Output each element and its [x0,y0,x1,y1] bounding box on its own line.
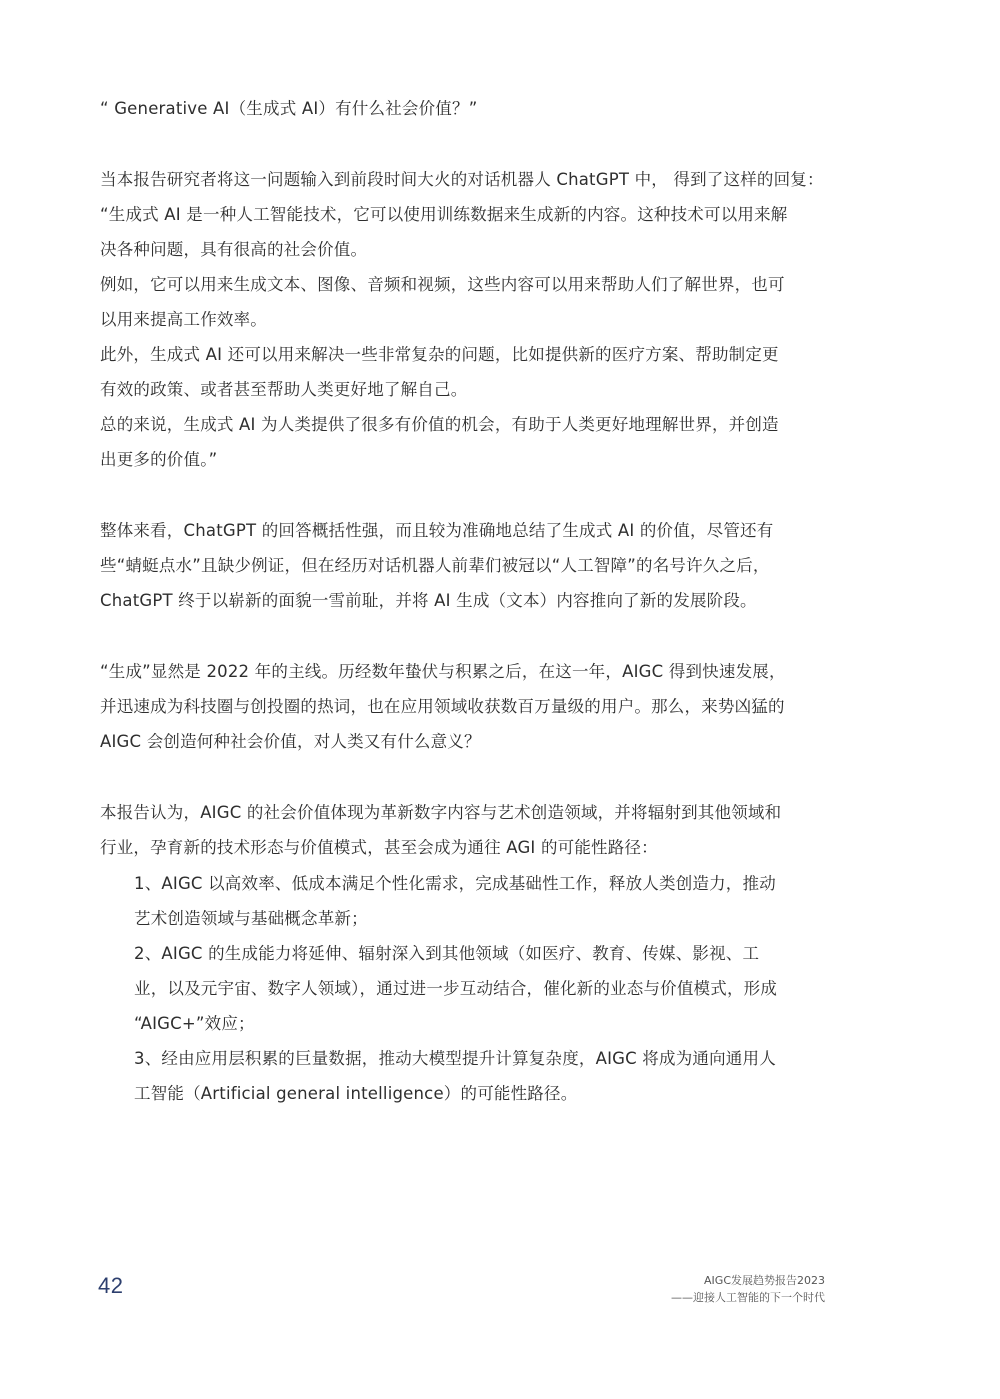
paragraph-line: “生成”显然是 2022 年的主线。历经数年蛰伏与积累之后，在这一年，AIGC … [100,660,786,684]
paragraph-line: 例如，它可以用来生成文本、图像、音频和视频，这些内容可以用来帮助人们了解世界，也… [100,273,785,297]
report-footer-title: AIGC发展趋势报告2023 ——迎接人工智能的下一个时代 [671,1272,825,1306]
paragraph-line: 整体来看，ChatGPT 的回答概括性强，而且较为准确地总结了生成式 AI 的价… [100,519,773,543]
list-item-line: 2、AIGC 的生成能力将延伸、辐射深入到其他领域（如医疗、教育、传媒、影视、工 [134,942,759,966]
report-subtitle: ——迎接人工智能的下一个时代 [671,1289,825,1306]
list-item-line: 业，以及元宇宙、数字人领域），通过进一步互动结合，催化新的业态与价值模式，形成 [134,977,777,1001]
document-page: “ Generative AI（生成式 AI）有什么社会价值？” 当本报告研究者… [0,0,1000,1399]
paragraph-line: 总的来说，生成式 AI 为人类提供了很多有价值的机会，有助于人类更好地理解世界，… [100,413,779,437]
paragraph-line: 此外，生成式 AI 还可以用来解决一些非常复杂的问题，比如提供新的医疗方案、帮助… [100,343,779,367]
report-title: AIGC发展趋势报告2023 [671,1272,825,1289]
paragraph-line: 当本报告研究者将这一问题输入到前段时间大火的对话机器人 ChatGPT 中， 得… [100,168,824,192]
paragraph-line: 有效的政策、或者甚至帮助人类更好地了解自己。 [100,378,467,402]
paragraph-line: AIGC 会创造何种社会价值，对人类又有什么意义？ [100,730,481,754]
paragraph-line: 并迅速成为科技圈与创投圈的热词，也在应用领域收获数百万量级的用户。那么，来势凶猛… [100,695,785,719]
page-number: 42 [98,1273,123,1299]
paragraph-line: 行业，孕育新的技术形态与价值模式，甚至会成为通往 AGI 的可能性路径： [100,836,658,860]
list-item-line: 3、经由应用层积累的巨量数据，推动大模型提升计算复杂度，AIGC 将成为通向通用… [134,1047,776,1071]
paragraph-line: 出更多的价值。” [100,448,217,472]
paragraph-line: 以用来提高工作效率。 [100,308,267,332]
list-item-line: 工智能（Artificial general intelligence）的可能性… [134,1082,577,1106]
list-item-line: “AIGC+”效应； [134,1012,255,1036]
question-heading: “ Generative AI（生成式 AI）有什么社会价值？” [100,97,477,121]
list-item-line: 1、AIGC 以高效率、低成本满足个性化需求，完成基础性工作，释放人类创造力，推… [134,872,776,896]
paragraph-line: 本报告认为，AIGC 的社会价值体现为革新数字内容与艺术创造领域，并将辐射到其他… [100,801,781,825]
paragraph-line: “生成式 AI 是一种人工智能技术，它可以使用训练数据来生成新的内容。这种技术可… [100,203,788,227]
list-item-line: 艺术创造领域与基础概念革新； [134,907,368,931]
paragraph-line: ChatGPT 终于以崭新的面貌一雪前耻，并将 AI 生成（文本）内容推向了新的… [100,589,757,613]
paragraph-line: 决各种问题，具有很高的社会价值。 [100,238,367,262]
paragraph-line: 些“蜻蜓点水”且缺少例证，但在经历对话机器人前辈们被冠以“人工智障”的名号许久之… [100,554,770,578]
